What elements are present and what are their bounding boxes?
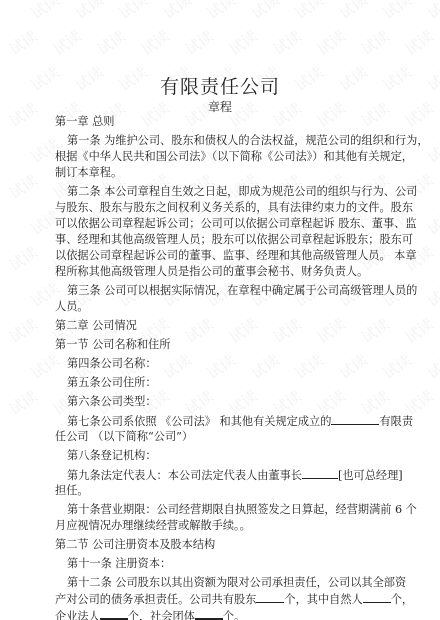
article-7-line: 第七条公司系依照 《公司法》 和其他有关规定成立的有限责 (67, 413, 413, 430)
article-2-line: 程所称其他高级管理人员是指公司的董事会秘书、财务负责人。 (55, 264, 368, 280)
fill-in-blank[interactable] (100, 607, 128, 620)
watermark-text: 试读 (313, 313, 350, 347)
article-9-text: [也可总经理] (338, 469, 403, 482)
article-12-line: 企业法人个，社会团体个。 (55, 607, 245, 620)
watermark-text: 试读 (379, 0, 416, 24)
watermark-text: 试读 (203, 0, 240, 24)
watermark-text: 试读 (115, 0, 152, 24)
watermark-text: 试读 (269, 25, 306, 59)
article-2-line: 事、经理和其他高级管理人员；股东可以依据公司章程起诉股东；股东可 (55, 232, 413, 248)
chapter-heading: 第一章 总则 (55, 114, 115, 130)
article-5: 第五条公司住所： (67, 375, 157, 391)
watermark-text: 试读 (5, 169, 42, 203)
watermark-text: 试读 (181, 313, 218, 347)
fill-in-blank[interactable] (256, 591, 284, 603)
watermark-text: 试读 (401, 25, 438, 59)
article-10-line: 第十条营业期限：公司经营期限自执照签发之日算起，经营期满前 6 个 (67, 502, 417, 518)
watermark-text: 试读 (93, 25, 130, 59)
watermark-text: 试读 (291, 0, 328, 24)
article-2-line: 第二条 本公司章程自生效之日起，即成为规范公司的组织与行为、公司 (67, 184, 417, 200)
watermark-text: 试读 (357, 25, 394, 59)
article-12-text: 个。 (223, 610, 245, 620)
watermark-text: 试读 (49, 25, 86, 59)
watermark-text: 试读 (247, 349, 284, 383)
watermark-text: 试读 (423, 61, 440, 95)
article-9-text: 第九条法定代表人：本公司法定代表人由董事长 (67, 469, 302, 482)
watermark-text: 试读 (159, 349, 196, 383)
article-4: 第四条公司名称： (67, 356, 157, 372)
watermark-text: 试读 (291, 349, 328, 383)
watermark-text: 试读 (313, 25, 350, 59)
watermark-text: 试读 (5, 385, 42, 419)
watermark-text: 试读 (379, 349, 416, 383)
watermark-text: 试读 (203, 349, 240, 383)
article-3-line: 人员。 (55, 299, 89, 315)
fill-in-blank[interactable] (195, 607, 223, 620)
watermark-text: 试读 (225, 313, 262, 347)
article-1-line: 第一条 为维护公司、股东和债权人的合法权益，规范公司的组织和行为， (67, 133, 429, 149)
fill-in-blank[interactable] (331, 413, 379, 425)
fill-in-blank[interactable] (302, 467, 338, 479)
article-12-text: 产对公司的债务承担责任。公司共有股东 (55, 593, 256, 606)
watermark-text: 试读 (335, 349, 372, 383)
article-2-line: 可以依据公司章程起诉公司；公司可以依据公司章程起诉 股东、董事、监 (55, 216, 417, 232)
watermark-text: 试读 (401, 313, 438, 347)
watermark-text: 试读 (423, 0, 440, 24)
watermark-text: 试读 (27, 349, 64, 383)
watermark-text: 试读 (5, 241, 42, 275)
article-6: 第六条公司类型： (67, 394, 157, 410)
document-subtitle: 章程 (55, 98, 385, 115)
article-12-text: 个， (391, 593, 413, 606)
section-heading: 第一节 公司名称和住所 (55, 337, 170, 353)
watermark-text: 试读 (247, 0, 284, 24)
watermark-text: 试读 (5, 25, 42, 59)
article-12-line: 第十二条 公司股东以其出资额为限对公司承担责任，公司以其全部资 (67, 575, 406, 591)
watermark-text: 试读 (335, 0, 372, 24)
article-9-line: 担任。 (55, 483, 89, 499)
article-12-text: 个，社会团体 (128, 610, 195, 620)
watermark-text: 试读 (5, 313, 42, 347)
watermark-text: 试读 (27, 0, 64, 24)
watermark-text: 试读 (5, 97, 42, 131)
watermark-text: 试读 (423, 349, 440, 383)
article-7-line: 任公司 （以下简称“公司”） (55, 429, 193, 445)
watermark-text: 试读 (137, 25, 174, 59)
watermark-text: 试读 (401, 97, 438, 131)
article-7-text: 有限责 (379, 415, 413, 428)
document-title: 有限责任公司 (55, 72, 385, 99)
article-12-text: 企业法人 (55, 610, 100, 620)
article-12-line: 产对公司的债务承担责任。公司共有股东个，其中自然人个， (55, 591, 413, 608)
fill-in-blank[interactable] (363, 591, 391, 603)
article-1-line: 根据《中华人民共和国公司法》（以下简称《公司法》）和其他有关规定， (55, 149, 413, 165)
article-11: 第十一条 注册资本： (67, 556, 171, 572)
watermark-text: 试读 (71, 0, 108, 24)
watermark-text: 试读 (181, 25, 218, 59)
watermark-text: 试读 (269, 313, 306, 347)
watermark-text: 试读 (159, 0, 196, 24)
article-2-line: 与股东、股东与股东之间权利义务关系的，具有法律约束力的文件。股东 (55, 200, 413, 216)
article-10-line: 月应视情况办理继续经营或解散手续。。 (55, 518, 251, 534)
chapter-heading: 第二章 公司情况 (55, 318, 137, 334)
article-12-text: 个，其中自然人 (284, 593, 362, 606)
article-1-line: 制订本章程。 (55, 165, 122, 181)
article-2-line: 以依据公司章程起诉公司的董事、监事、经理和其他高级管理人员。 本章 (55, 248, 417, 264)
article-3-line: 第三条 公司可以根据实际情况，在章程中确定属于公司高级管理人员的 (67, 283, 417, 299)
article-8: 第八条登记机构： (67, 448, 157, 464)
article-9-line: 第九条法定代表人：本公司法定代表人由董事长[也可总经理] (67, 467, 403, 484)
watermark-text: 试读 (423, 277, 440, 311)
watermark-text: 试读 (357, 313, 394, 347)
watermark-text: 试读 (423, 205, 440, 239)
watermark-text: 试读 (225, 25, 262, 59)
article-7-text: 第七条公司系依照 《公司法》 和其他有关规定成立的 (67, 415, 331, 428)
section-heading: 第二节 公司注册资本及股本结构 (55, 537, 215, 553)
